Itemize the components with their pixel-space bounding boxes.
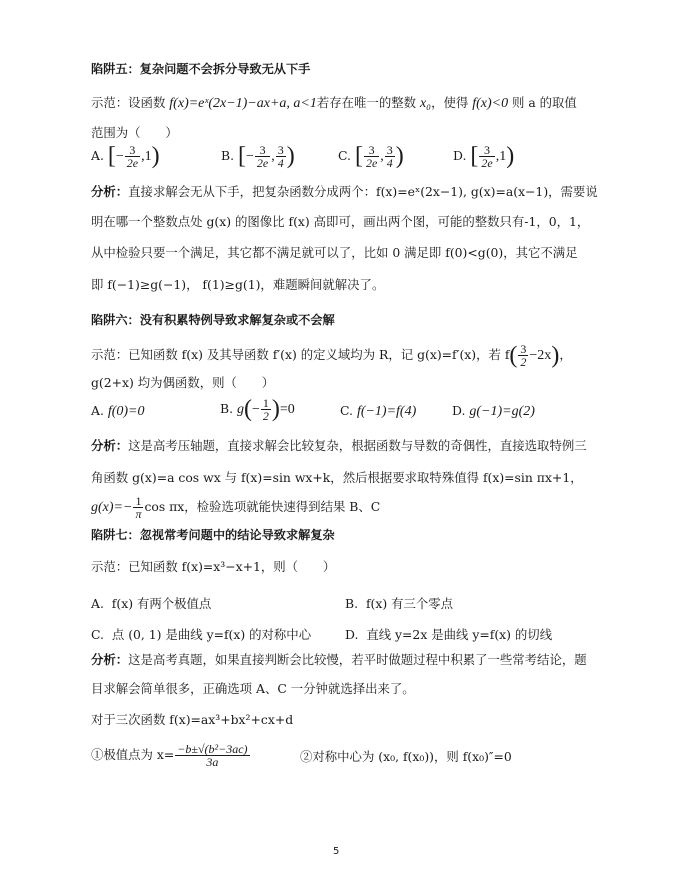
section6-heading: 陷阱六：没有积累特例导致求解复杂或不会解 xyxy=(91,312,335,328)
section7-analysis-line2: 目求解会简单很多，正确选项 A、C 一分钟就选择出来了。 xyxy=(91,681,415,697)
section6-analysis-line1: 分析：这是高考压轴题，直接求解会比较复杂，根据函数与导数的奇偶性，直接选取特例三 xyxy=(91,438,587,454)
section5-analysis-line2: 明在哪一个整数点处 g(x) 的图像比 f(x) 高即可，画出两个图，可能的整数… xyxy=(91,214,589,230)
option-b: B. f(x) 有三个零点 xyxy=(345,594,453,612)
example-label: 示范： xyxy=(91,95,128,110)
option-a: A. [−32e,1) xyxy=(91,143,160,170)
option-d: D. [32e,1) xyxy=(453,143,514,170)
fact-2: ②对称中心为 (x₀, f(x₀))，则 f(x₀)″=0 xyxy=(300,749,512,765)
section5-analysis-line4: 即 f(−1)≥g(−1)， f(1)≥g(1)，难题瞬间就解决了。 xyxy=(91,277,384,293)
fraction: 34 xyxy=(276,144,286,169)
option-d: D. 直线 y=2x 是曲线 y=f(x) 的切线 xyxy=(345,625,552,643)
fraction: 32 xyxy=(518,343,528,368)
section7-analysis-line1: 分析：这是高考真题，如果直接判断会比较慢，若平时做题过程中积累了一些常考结论，题 xyxy=(91,652,587,668)
section5-example-line1: 示范：设函数 f(x)=eˣ(2x−1)−ax+a, a<1若存在唯一的整数 x… xyxy=(91,95,577,112)
option-d: D. g(−1)=g(2) xyxy=(452,403,535,420)
section5-example-line2: 范围为（ ） xyxy=(91,125,178,141)
option-c: C. f(−1)=f(4) xyxy=(340,403,416,420)
option-c: C. 点 (0, 1) 是曲线 y=f(x) 的对称中心 xyxy=(91,625,311,643)
section6-example-line1: 示范：已知函数 f(x) 及其导函数 f′(x) 的定义域均为 R，记 g(x)… xyxy=(91,343,572,368)
fraction: 1π xyxy=(133,495,143,520)
section7-example-line: 示范：已知函数 f(x)=x³−x+1，则（ ） xyxy=(91,559,335,575)
page-number: 5 xyxy=(333,846,339,857)
fraction: 12 xyxy=(261,397,271,422)
option-a: A. f(x) 有两个极值点 xyxy=(91,594,211,612)
section5-analysis-line3: 从中检验只要一个满足，其它都不满足就可以了，比如 0 满足即 f(0)<g(0)… xyxy=(91,245,578,261)
analysis-label: 分析： xyxy=(91,438,128,453)
fact-1: ①极值点为 x=−b±√(b²−3ac)3a xyxy=(91,743,251,768)
fraction: −b±√(b²−3ac)3a xyxy=(175,743,249,768)
fraction: 32e xyxy=(364,144,379,169)
section5-analysis-line1: 分析：直接求解会无从下手，把复杂函数分成两个：f(x)=eˣ(2x−1), g(… xyxy=(91,184,598,200)
analysis-label: 分析： xyxy=(91,184,128,199)
section7-heading: 陷阱七：忽视常考问题中的结论导致求解复杂 xyxy=(91,527,335,543)
fraction: 34 xyxy=(385,144,395,169)
section6-analysis-line2: 角函数 g(x)=a cos wx 与 f(x)=sin wx+k，然后根据要求… xyxy=(91,470,583,486)
cubic-intro: 对于三次函数 f(x)=ax³+bx²+cx+d xyxy=(91,712,293,728)
section6-example-line2: g(2+x) 均为偶函数，则（ ） xyxy=(91,375,274,391)
fraction: 32e xyxy=(255,144,270,169)
fraction: 32e xyxy=(479,144,494,169)
fraction: 32e xyxy=(125,144,140,169)
option-c: C. [32e,34) xyxy=(338,143,404,170)
option-b: B. [−32e,34) xyxy=(221,143,295,170)
option-a: A. f(0)=0 xyxy=(91,403,145,420)
math-formula: f(x)=eˣ(2x−1)−ax+a, a<1 xyxy=(169,96,317,111)
analysis-label: 分析： xyxy=(91,652,128,667)
section6-analysis-line3: g(x)=−1πcos πx，检验选项就能快速得到结果 B、C xyxy=(91,495,380,520)
option-b: B. g(−12)=0 xyxy=(220,396,295,423)
section5-heading: 陷阱五：复杂问题不会拆分导致无从下手 xyxy=(91,61,310,77)
